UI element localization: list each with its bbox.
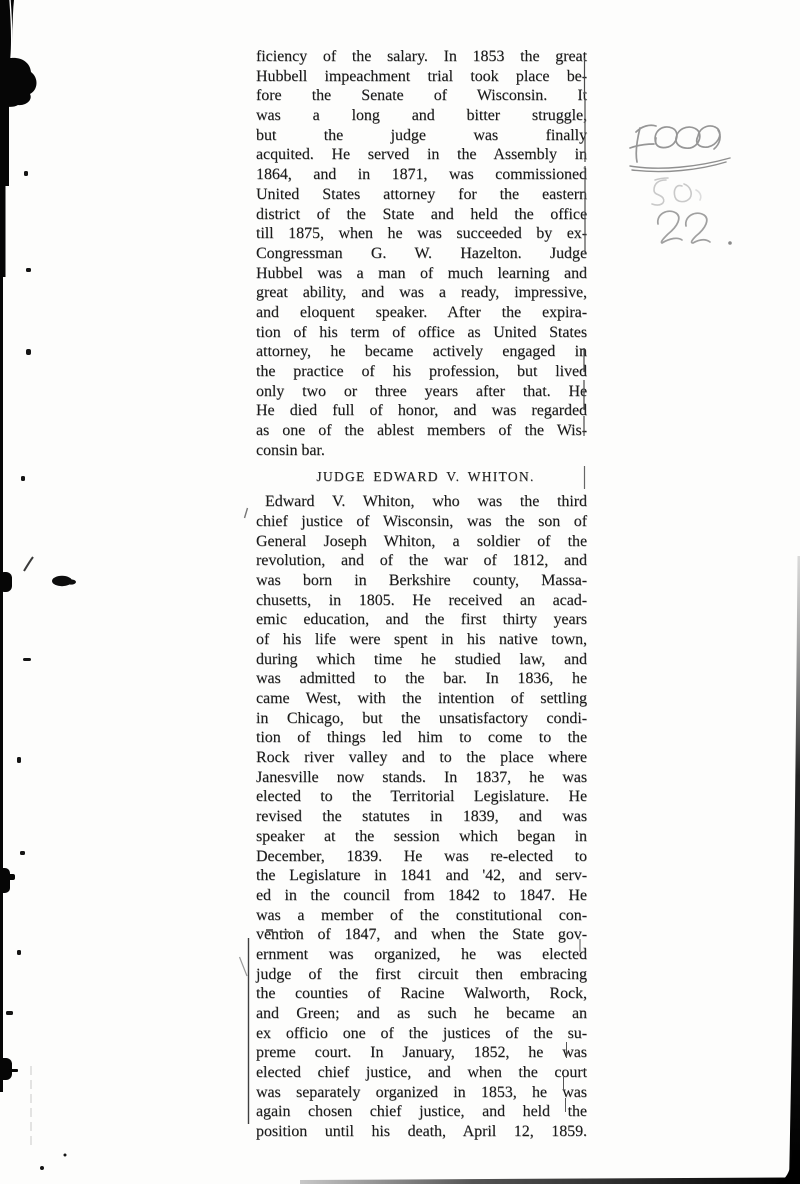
text-line: elected to the Territorial Legislature. … xyxy=(256,787,587,807)
text-line: ficiency of the salary. In 1853 the grea… xyxy=(256,47,587,67)
scanned-page: ficiency of the salary. In 1853 the grea… xyxy=(0,0,800,1184)
text-line: revolution, and of the war of 1812, and xyxy=(256,551,587,571)
text-line: ex officio one of the justices of the su… xyxy=(256,1024,587,1044)
text-line: emic education, and the first thirty yea… xyxy=(256,610,587,630)
article-column: ficiency of the salary. In 1853 the grea… xyxy=(256,47,587,1142)
text-line: tion of things led him to come to the xyxy=(256,728,587,748)
text-line: United States attorney for the eastern xyxy=(256,185,587,205)
text-line: came West, with the intention of settlin… xyxy=(256,689,587,709)
text-line: Hubbell impeachment trial took place be- xyxy=(256,67,587,87)
text-line: in Chicago, but the unsatisfactory condi… xyxy=(256,709,587,729)
text-line: and eloquent speaker. After the expira- xyxy=(256,303,587,323)
text-line: the counties of Racine Walworth, Rock, xyxy=(256,984,587,1004)
text-line: preme court. In January, 1852, he was xyxy=(256,1043,587,1063)
text-line: December, 1839. He was re-elected to xyxy=(256,847,587,867)
text-line: was born in Berkshire county, Massa- xyxy=(256,571,587,591)
text-line: during which time he studied law, and xyxy=(256,650,587,670)
text-line: chusetts, in 1805. He received an acad- xyxy=(256,591,587,611)
text-line: position until his death, April 12, 1859… xyxy=(256,1122,587,1142)
text-line: judge of the first circuit then embracin… xyxy=(256,965,587,985)
text-line: the practice of his profession, but live… xyxy=(256,362,587,382)
text-line: was admitted to the bar. In 1836, he xyxy=(256,669,587,689)
text-line: consin bar. xyxy=(256,441,587,461)
text-line: chief justice of Wisconsin, was the son … xyxy=(256,512,587,532)
text-line: Rock river valley and to the place where xyxy=(256,748,587,768)
text-line: ernment was organized, he was elected xyxy=(256,945,587,965)
text-line: was a member of the constitutional con- xyxy=(256,906,587,926)
text-line: acquited. He served in the Assembly in xyxy=(256,145,587,165)
text-line: Congressman G. W. Hazelton. Judge xyxy=(256,244,587,264)
pencil-underline xyxy=(630,158,730,172)
text-line: till 1875, when he was succeeded by ex- xyxy=(256,224,587,244)
scan-edge-left-artifact xyxy=(0,0,37,1145)
text-line: was a long and bitter struggle, xyxy=(256,106,587,126)
text-line: fore the Senate of Wisconsin. It xyxy=(256,86,587,106)
text-line: great ability, and was a ready, impressi… xyxy=(256,283,587,303)
text-line: speaker at the session which began in xyxy=(256,827,587,847)
text-line: district of the State and held the offic… xyxy=(256,205,587,225)
text-line: was separately organized in 1853, he was xyxy=(256,1083,587,1103)
text-line: tion of his term of office as United Sta… xyxy=(256,323,587,343)
paragraph: Edward V. Whiton, who was the thirdchief… xyxy=(256,492,587,1142)
pencil-mark-f900 xyxy=(630,125,720,162)
text-line: as one of the ablest members of the Wis- xyxy=(256,421,587,441)
text-line: Edward V. Whiton, who was the third xyxy=(256,492,587,512)
pencil-mark-22 xyxy=(658,211,710,243)
text-line: only two or three years after that. He xyxy=(256,382,587,402)
text-line: ed in the council from 1842 to 1847. He xyxy=(256,886,587,906)
ink-smudge xyxy=(52,576,76,586)
text-line: 1864, and in 1871, was commissioned xyxy=(256,165,587,185)
pencil-mark-50 xyxy=(652,178,701,205)
text-line: He died full of honor, and was regarded xyxy=(256,401,587,421)
pencil-annotation xyxy=(630,125,732,245)
column-rule-left xyxy=(240,938,249,1124)
text-line: and Green; and as such he became an xyxy=(256,1004,587,1024)
text-line: of his life were spent in his native tow… xyxy=(256,630,587,650)
text-line: again chosen chief justice, and held the xyxy=(256,1102,587,1122)
paragraph: ficiency of the salary. In 1853 the grea… xyxy=(256,47,587,460)
text-line: the Legislature in 1841 and '42, and ser… xyxy=(256,866,587,886)
text-line: General Joseph Whiton, a soldier of the xyxy=(256,532,587,552)
text-line: but the judge was finally xyxy=(256,126,587,146)
text-line: revised the statutes in 1839, and was xyxy=(256,807,587,827)
pencil-dot xyxy=(728,241,732,245)
text-line: elected chief justice, and when the cour… xyxy=(256,1063,587,1083)
section-heading: JUDGE EDWARD V. WHITON. xyxy=(256,460,587,492)
text-line: vention of 1847, and when the State gov- xyxy=(256,925,587,945)
text-line: Janesville now stands. In 1837, he was xyxy=(256,768,587,788)
text-line: Hubbel was a man of much learning and xyxy=(256,264,587,284)
text-line: attorney, he became actively engaged in xyxy=(256,342,587,362)
